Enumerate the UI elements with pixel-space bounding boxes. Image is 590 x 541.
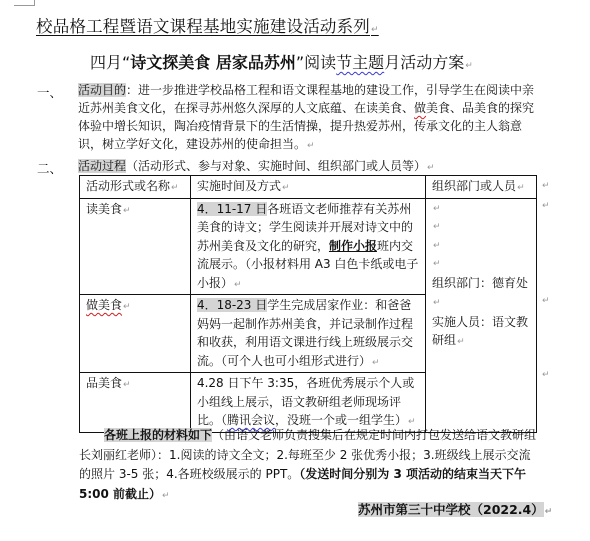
materials-paragraph: 各班上报的材料如下（由语文老师负责搜集后在规定时间内打包发送给语文教研组长刘丽红… [79,426,539,506]
paragraph-mark-icon: ↵ [542,181,550,191]
signature-text: 苏州市第三十中学校（2022.4） [358,502,544,517]
activity-name-cell[interactable]: 读美食↵ [80,198,191,295]
page-corner-mark [14,0,35,6]
title-rest: 月活动方案 [384,53,464,72]
paragraph-mark-icon: ↵ [371,25,379,35]
activity-detail-cell[interactable]: 4．11-17 日各班语文老师推荐有关苏州美食的诗文；学生阅读并开展对诗文中的苏… [190,198,425,295]
activity-detail-cell[interactable]: 4．18-23 日学生完成居家作业：和爸爸妈妈一起制作苏州美食，并记录制作过程和… [190,295,425,373]
spellcheck-squiggle[interactable]: 做 [414,101,426,115]
series-title: 校品格工程暨语文课程基地实施建设活动系列↵ [36,13,379,37]
organizer-dept: 组织部门：德育处↵ [432,274,530,313]
section-label: 活动目的 [78,83,126,97]
paragraph-mark-icon: ↵ [542,201,550,211]
table-header-row: 活动形式或名称↵ 实施时间及方式↵ 组织部门或人员↵ [80,176,537,199]
title-suffix: ”阅读 [296,53,336,72]
section-label: 活动过程 [78,159,126,173]
activity-name-cell[interactable]: 做美食↵ [80,295,191,373]
signature: 苏州市第三十中学校（2022.4）↵ [358,500,552,518]
header-cell[interactable]: 活动形式或名称↵ [80,176,191,199]
table-row: 读美食↵ 4．11-17 日各班语文老师推荐有关苏州美食的诗文；学生阅读并开展对… [80,198,537,295]
paragraph-mark-icon: ↵ [465,61,473,71]
title-prefix: 四月“ [90,53,130,72]
materials-lead: 各班上报的材料如下 [104,428,212,442]
paragraph-mark-icon: ↵ [162,491,170,501]
title-bold: 诗文探美食 居家品苏州 [130,53,296,72]
paragraph-mark-icon: ↵ [307,141,315,151]
activity-name-cell[interactable]: 品美食↵ [80,373,191,433]
section-number: 二、 [37,159,62,177]
paragraph-mark-icon: ↵ [427,163,435,173]
spellcheck-squiggle[interactable]: 节主题 [336,53,384,72]
header-cell[interactable]: 组织部门或人员↵ [426,176,537,199]
series-title-text: 校品格工程暨语文课程基地实施建设活动系列 [36,17,370,36]
header-cell[interactable]: 实施时间及方式↵ [190,176,425,199]
paragraph-mark-icon: ↵ [542,370,550,380]
section-purpose: 活动目的：进一步推进学校品格工程和语文课程基地的建设工作，引导学生在阅读中亲近苏… [78,81,540,155]
main-title: 四月“诗文探美食 居家品苏州”阅读节主题月活动方案↵ [90,50,473,73]
paragraph-mark-icon: ↵ [545,507,553,517]
activity-table: 活动形式或名称↵ 实施时间及方式↵ 组织部门或人员↵ 读美食↵ 4．11-17 … [79,175,537,433]
paragraph-mark-icon: ↵ [542,296,550,306]
section-text: （活动形式、参与对象、实施时间、组织部门或人员等） [126,159,426,173]
section-number: 一、 [37,83,62,101]
organizer-staff: 实施人员：语文教研组↵ [432,313,530,352]
activity-detail-cell[interactable]: 4.28 日下午 3:35，各班优秀展示个人或小组线上展示，语文教研组老师现场评… [190,373,425,433]
section-process: 活动过程（活动形式、参与对象、实施时间、组织部门或人员等）↵ [78,157,540,177]
organizer-cell[interactable]: ↵ ↵ ↵ ↵ 组织部门：德育处↵ 实施人员：语文教研组↵ [426,198,537,432]
